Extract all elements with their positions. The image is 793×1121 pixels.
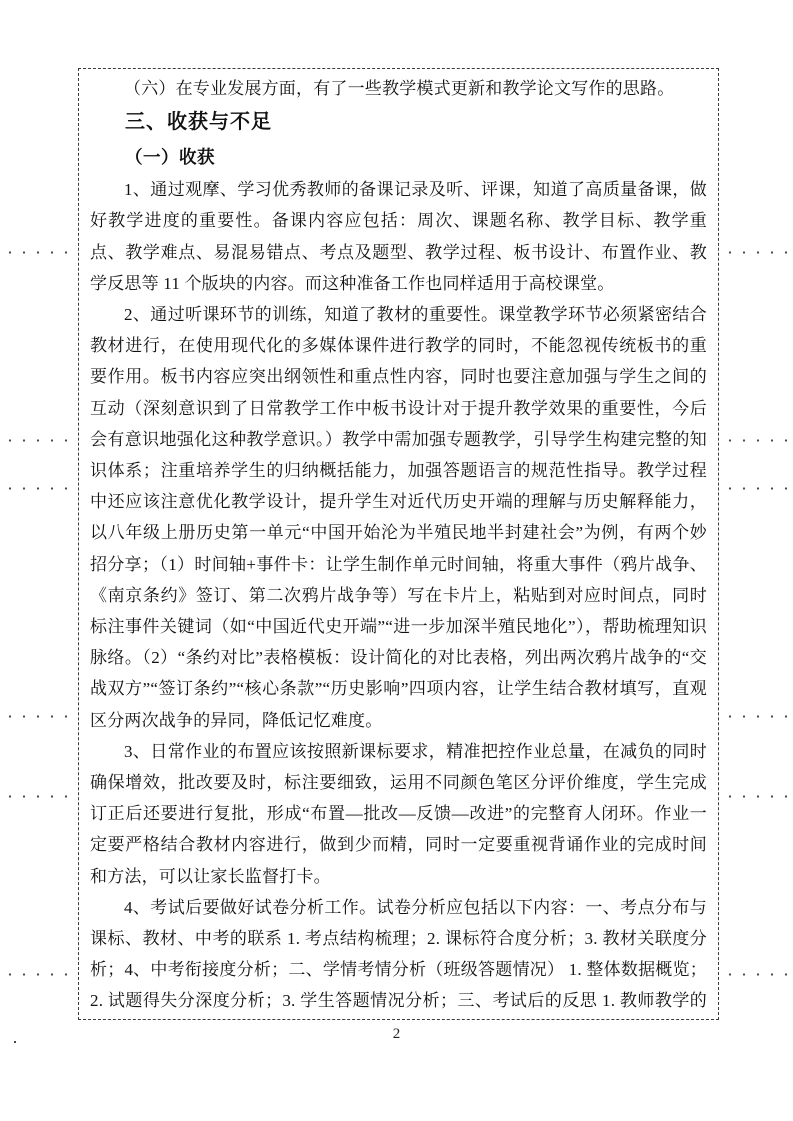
margin-dot-row xyxy=(723,487,789,490)
paragraph-1: 1、通过观摩、学习优秀教师的备课记录及听、评课，知道了高质量备课，做好教学进度的… xyxy=(90,174,707,299)
margin-dot-row xyxy=(723,715,789,718)
section-heading: 三、收获与不足 xyxy=(90,104,707,140)
paragraph-2: 2、通过听课环节的训练，知道了教材的重要性。课堂教学环节必须紧密结合教材进行，在… xyxy=(90,299,707,736)
margin-dot-row xyxy=(3,487,69,490)
margin-dot-row xyxy=(723,795,789,798)
margin-dot-row xyxy=(3,795,69,798)
margin-dot-row xyxy=(723,973,789,976)
margin-dot-row xyxy=(723,439,789,442)
paragraph-4: 4、考试后要做好试卷分析工作。试卷分析应包括以下内容：一、考点分布与课标、教材、… xyxy=(90,892,707,1020)
page-number: 2 xyxy=(0,1026,793,1043)
subsection-heading: （一）收获 xyxy=(90,140,707,174)
margin-dot-row xyxy=(3,251,69,254)
scanned-page: （六）在专业发展方面，有了一些教学模式更新和教学论文写作的思路。 三、收获与不足… xyxy=(0,0,793,1121)
margin-dot-row xyxy=(3,715,69,718)
document-frame: （六）在专业发展方面，有了一些教学模式更新和教学论文写作的思路。 三、收获与不足… xyxy=(78,68,719,1020)
paragraph-3: 3、日常作业的布置应该按照新课标要求，精准把控作业总量，在减负的同时确保增效，批… xyxy=(90,736,707,892)
margin-dot-row xyxy=(3,973,69,976)
margin-dot-row xyxy=(3,439,69,442)
intro-line: （六）在专业发展方面，有了一些教学模式更新和教学论文写作的思路。 xyxy=(90,73,707,104)
margin-dot-row xyxy=(723,251,789,254)
